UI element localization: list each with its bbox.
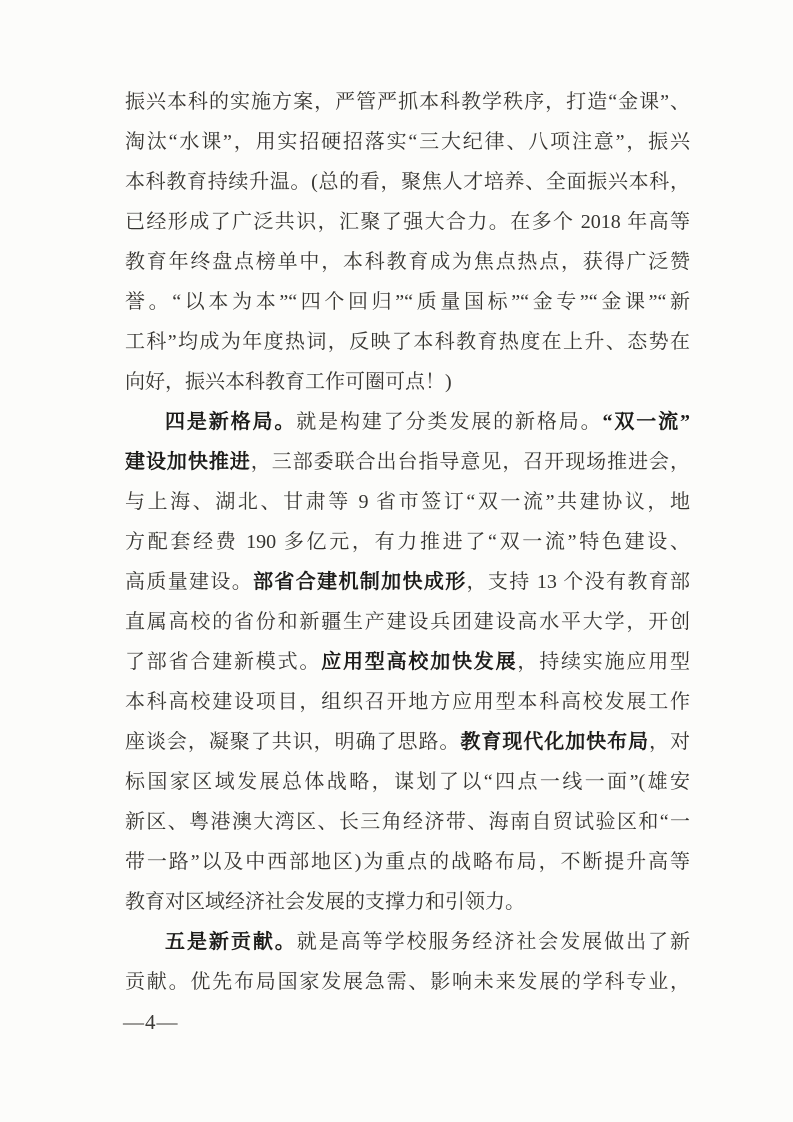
text-run: ，三部委联合出台指导意见，召开现场推进会， [251, 451, 690, 473]
text-run: ，对 [649, 731, 690, 753]
text-line: 方配套经费 190 多亿元，有力推进了“双一流”特色建设、 [125, 522, 690, 562]
text-line: 高质量建设。部省合建机制加快成形，支持 13 个没有教育部 [125, 562, 690, 602]
text-run: 本科教育持续升温。(总的看，聚焦人才培养、全面振兴本科， [125, 171, 690, 193]
text-line: 誉。“以本为本”“四个回归”“质量国标”“金专”“金课”“新 [125, 282, 690, 322]
text-run: 新区、粤港澳大湾区、长三角经济带、海南自贸试验区和“一 [125, 811, 690, 833]
bold-text-run: 建设加快推进 [125, 451, 251, 473]
text-run: 座谈会，凝聚了共识，明确了思路。 [125, 731, 460, 753]
text-run: ，支持 13 个没有教育部 [467, 571, 690, 593]
text-line: 本科教育持续升温。(总的看，聚焦人才培养、全面振兴本科， [125, 162, 690, 202]
text-line: 淘汰“水课”，用实招硬招落实“三大纪律、八项注意”，振兴 [125, 122, 690, 162]
text-run: 教育对区域经济社会发展的支撑力和引领力。 [125, 891, 525, 913]
bold-text-run: “双一流” [603, 411, 691, 433]
text-run: 贡献。优先布局国家发展急需、影响未来发展的学科专业， [125, 971, 690, 993]
text-run: 带一路”以及中西部地区)为重点的战略布局，不断提升高等 [125, 851, 690, 873]
bold-text-run: 五是新贡献。 [165, 931, 297, 953]
text-run: 振兴本科的实施方案，严管严抓本科教学秩序，打造“金课”、 [125, 91, 690, 113]
text-line: 教育对区域经济社会发展的支撑力和引领力。 [125, 882, 690, 922]
text-run: 教育年终盘点榜单中，本科教育成为焦点热点，获得广泛赞 [125, 251, 690, 273]
text-line: 带一路”以及中西部地区)为重点的战略布局，不断提升高等 [125, 842, 690, 882]
bold-text-run: 教育现代化加快布局 [460, 731, 649, 753]
text-line: 新区、粤港澳大湾区、长三角经济带、海南自贸试验区和“一 [125, 802, 690, 842]
text-run: 直属高校的省份和新疆生产建设兵团建设高水平大学，开创 [125, 611, 690, 633]
text-line: 工科”均成为年度热词，反映了本科教育热度在上升、态势在 [125, 322, 690, 362]
text-line: 建设加快推进，三部委联合出台指导意见，召开现场推进会， [125, 442, 690, 482]
text-line: 贡献。优先布局国家发展急需、影响未来发展的学科专业， [125, 962, 690, 1002]
bold-text-run: 应用型高校加快发展 [321, 651, 517, 673]
text-run: 与上海、湖北、甘肃等 9 省市签订“双一流”共建协议，地 [125, 491, 690, 513]
bold-text-run: 部省合建机制加快成形 [253, 571, 466, 593]
text-line: 本科高校建设项目，组织召开地方应用型本科高校发展工作 [125, 682, 690, 722]
text-line: 已经形成了广泛共识，汇聚了强大合力。在多个 2018 年高等 [125, 202, 690, 242]
text-run: 誉。“以本为本”“四个回归”“质量国标”“金专”“金课”“新 [125, 291, 690, 313]
text-line: 振兴本科的实施方案，严管严抓本科教学秩序，打造“金课”、 [125, 82, 690, 122]
text-line: 五是新贡献。就是高等学校服务经济社会发展做出了新 [125, 922, 690, 962]
text-run: 了部省合建新模式。 [125, 651, 321, 673]
text-run: 高质量建设。 [125, 571, 253, 593]
text-run: 向好，振兴本科教育工作可圈可点！) [125, 371, 452, 393]
text-run: 本科高校建设项目，组织召开地方应用型本科高校发展工作 [125, 691, 690, 713]
document-page: 振兴本科的实施方案，严管严抓本科教学秩序，打造“金课”、淘汰“水课”，用实招硬招… [0, 0, 793, 1122]
text-run: 就是构建了分类发展的新格局。 [296, 411, 602, 433]
text-line: 直属高校的省份和新疆生产建设兵团建设高水平大学，开创 [125, 602, 690, 642]
text-run: 淘汰“水课”，用实招硬招落实“三大纪律、八项注意”，振兴 [125, 131, 690, 153]
text-run: 已经形成了广泛共识，汇聚了强大合力。在多个 2018 年高等 [125, 211, 690, 233]
text-line: 座谈会，凝聚了共识，明确了思路。教育现代化加快布局，对 [125, 722, 690, 762]
text-run: 标国家区域发展总体战略，谋划了以“四点一线一面”(雄安 [125, 771, 690, 793]
text-line: 与上海、湖北、甘肃等 9 省市签订“双一流”共建协议，地 [125, 482, 690, 522]
document-body: 振兴本科的实施方案，严管严抓本科教学秩序，打造“金课”、淘汰“水课”，用实招硬招… [125, 82, 690, 1002]
page-number: —4— [123, 1002, 179, 1042]
text-line: 教育年终盘点榜单中，本科教育成为焦点热点，获得广泛赞 [125, 242, 690, 282]
text-run: ，持续实施应用型 [517, 651, 690, 673]
text-line: 了部省合建新模式。应用型高校加快发展，持续实施应用型 [125, 642, 690, 682]
bold-text-run: 四是新格局。 [165, 411, 296, 433]
text-line: 向好，振兴本科教育工作可圈可点！) [125, 362, 690, 402]
text-run: 就是高等学校服务经济社会发展做出了新 [297, 931, 690, 953]
text-run: 方配套经费 190 多亿元，有力推进了“双一流”特色建设、 [125, 531, 690, 553]
text-line: 四是新格局。就是构建了分类发展的新格局。“双一流” [125, 402, 690, 442]
text-run: 工科”均成为年度热词，反映了本科教育热度在上升、态势在 [125, 331, 690, 353]
text-line: 标国家区域发展总体战略，谋划了以“四点一线一面”(雄安 [125, 762, 690, 802]
